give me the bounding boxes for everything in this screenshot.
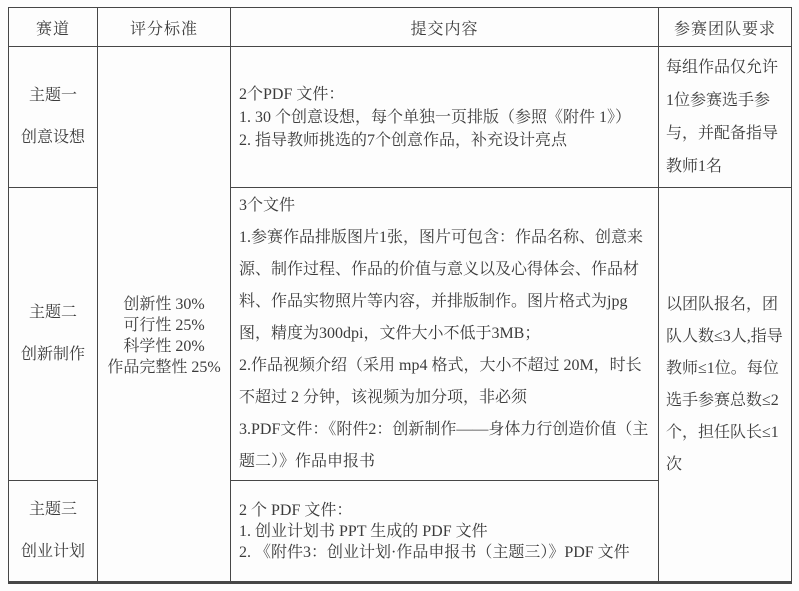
track-title: 主题二 [11,301,95,325]
submission-paragraph: 2. 指导教师挑选的7个创意作品，补充设计亮点 [239,129,650,152]
table-row-theme1: 主题一 创意设想 创新性 30% 可行性 25% 科学性 20% 作品完整性 2… [9,47,792,188]
score-scientific: 科学性 20% [100,336,228,357]
track-subtitle: 创新制作 [11,343,95,367]
submission-cell-theme3: 2 个 PDF 文件： 1. 创业计划书 PPT 生成的 PDF 文件 2. 《… [231,481,659,583]
team-requirement-cell-theme2-3: 以团队报名，团队人数≤3人,指导教师≤1位。每位选手参赛总数≤2 个，担任队长≤… [659,188,792,583]
submission-cell-theme1: 2个PDF 文件： 1. 30 个创意设想，每个单独一页排版（参照《附件 1》）… [231,47,659,188]
track-title: 主题三 [11,498,95,522]
submission-paragraph: 1.参赛作品排版图片1张，图片可包含：作品名称、创意来源、制作过程、作品的价值与… [239,222,650,350]
submission-paragraph: 1. 创业计划书 PPT 生成的 PDF 文件 [239,521,650,542]
document-page: 赛道 评分标准 提交内容 参赛团队要求 主题一 创意设想 创新性 30% 可行性… [8,7,792,584]
submission-paragraph: 2个PDF 文件： [239,83,650,106]
header-scoring-criteria: 评分标准 [98,8,231,47]
score-completeness: 作品完整性 25% [100,357,228,378]
submission-paragraph: 2.作品视频介绍（采用 mp4 格式，大小不超过 20M，时长不超过 2 分钟，… [239,350,650,414]
track-cell-theme2: 主题二 创新制作 [9,188,98,481]
scoring-criteria-cell: 创新性 30% 可行性 25% 科学性 20% 作品完整性 25% [98,47,231,583]
submission-paragraph: 3.PDF文件：《附件2：创新制作——身体力行创造价值（主题二）》作品申报书 [239,414,650,478]
table-header-row: 赛道 评分标准 提交内容 参赛团队要求 [9,8,792,47]
score-feasibility: 可行性 25% [100,315,228,336]
score-innovation: 创新性 30% [100,294,228,315]
team-requirement-cell-theme1: 每组作品仅允许1位参赛选手参与，并配备指导教师1名 [659,47,792,188]
submission-paragraph: 3个文件 [239,190,650,222]
header-team-requirements: 参赛团队要求 [659,8,792,47]
track-cell-theme3: 主题三 创业计划 [9,481,98,583]
track-title: 主题一 [11,84,95,108]
header-submission-content: 提交内容 [231,8,659,47]
submission-cell-theme2: 3个文件 1.参赛作品排版图片1张，图片可包含：作品名称、创意来源、制作过程、作… [231,188,659,481]
track-subtitle: 创业计划 [11,540,95,564]
submission-paragraph: 1. 30 个创意设想，每个单独一页排版（参照《附件 1》） [239,106,650,129]
track-subtitle: 创意设想 [11,126,95,150]
competition-rules-table: 赛道 评分标准 提交内容 参赛团队要求 主题一 创意设想 创新性 30% 可行性… [8,7,792,584]
submission-paragraph: 2 个 PDF 文件： [239,500,650,521]
header-track: 赛道 [9,8,98,47]
submission-paragraph: 2. 《附件3：创业计划·作品申报书（主题三）》PDF 文件 [239,542,650,563]
track-cell-theme1: 主题一 创意设想 [9,47,98,188]
